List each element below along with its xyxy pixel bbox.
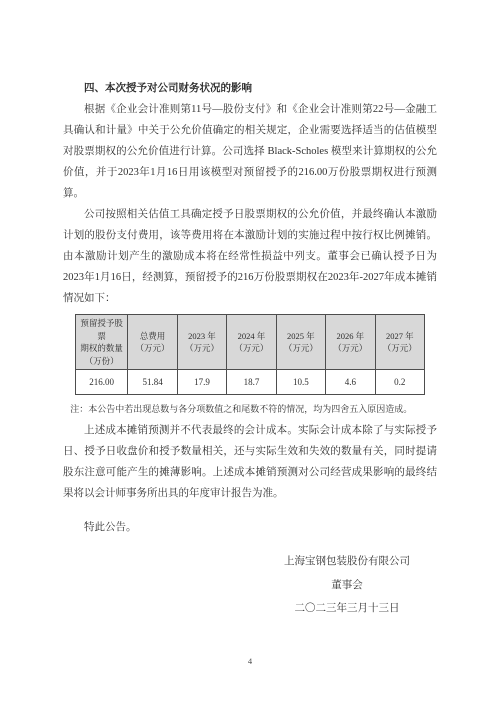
table-header-2025: 2025 年 （万元） bbox=[276, 315, 325, 370]
table-cell-total-cost: 51.84 bbox=[128, 370, 177, 395]
amortization-table-wrap: 预留授予股票 期权的数量 （万份） 总费用 （万元） 2023 年 （万元） 2… bbox=[75, 314, 425, 395]
document-content: 四、本次授予对公司财务状况的影响 根据《企业会计准则第11号—股份支付》和《企业… bbox=[0, 0, 500, 621]
amortization-table: 预留授予股票 期权的数量 （万份） 总费用 （万元） 2023 年 （万元） 2… bbox=[75, 314, 425, 395]
table-cell-2024: 18.7 bbox=[227, 370, 276, 395]
table-header-2024: 2024 年 （万元） bbox=[227, 315, 276, 370]
rounding-note: 注：本公告中若出现总数与各分项数值之和尾数不符的情况，均为四舍五入原因造成。 bbox=[63, 402, 437, 417]
table-cell-2027: 0.2 bbox=[375, 370, 424, 395]
table-header-2026: 2026 年 （万元） bbox=[326, 315, 375, 370]
table-row: 216.00 51.84 17.9 18.7 10.5 4.6 0.2 bbox=[76, 370, 425, 395]
table-header-option-quantity: 预留授予股票 期权的数量 （万份） bbox=[76, 315, 128, 370]
table-header-2027: 2027 年 （万元） bbox=[375, 315, 424, 370]
table-header-2023: 2023 年 （万元） bbox=[177, 315, 226, 370]
table-cell-2026: 4.6 bbox=[326, 370, 375, 395]
table-header-total-cost: 总费用 （万元） bbox=[128, 315, 177, 370]
paragraph-accounting-standards: 根据《企业会计准则第11号—股份支付》和《企业会计准则第22号—金融工具确认和计… bbox=[63, 99, 437, 204]
signature-issuer: 董事会 bbox=[284, 574, 410, 598]
paragraph-disclaimer: 上述成本摊销预测并不代表最终的会计成本。实际会计成本除了与实际授予日、授予日收盘… bbox=[63, 420, 437, 504]
signature-date: 二〇二三年三月十三日 bbox=[284, 597, 410, 621]
closing-statement: 特此公告。 bbox=[63, 517, 437, 538]
signature-block: 上海宝钢包装股份有限公司 董事会 二〇二三年三月十三日 bbox=[284, 550, 410, 621]
table-header-row: 预留授予股票 期权的数量 （万份） 总费用 （万元） 2023 年 （万元） 2… bbox=[76, 315, 425, 370]
paragraph-amortization-intro: 公司按照相关估值工具确定授予日股票期权的公允价值，并最终确认本激励计划的股份支付… bbox=[63, 204, 437, 309]
signature-company: 上海宝钢包装股份有限公司 bbox=[284, 550, 410, 574]
table-cell-2023: 17.9 bbox=[177, 370, 226, 395]
document-page: 四、本次授予对公司财务状况的影响 根据《企业会计准则第11号—股份支付》和《企业… bbox=[0, 0, 500, 706]
section-heading: 四、本次授予对公司财务状况的影响 bbox=[63, 78, 437, 99]
page-number: 4 bbox=[0, 656, 500, 666]
table-cell-option-quantity: 216.00 bbox=[76, 370, 128, 395]
table-cell-2025: 10.5 bbox=[276, 370, 325, 395]
